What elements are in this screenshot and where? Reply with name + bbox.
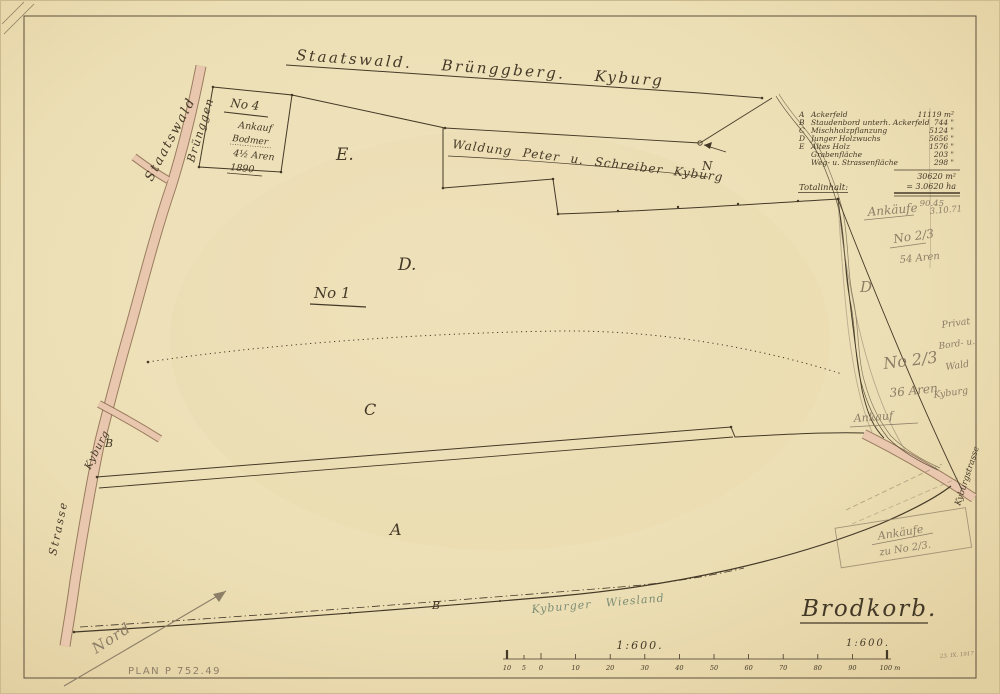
scale-label-0: 10 — [503, 664, 511, 672]
label-n-point: N — [701, 159, 713, 173]
plan-title-scale: 1:600. — [846, 638, 890, 649]
legend-total-label: Totalinhalt: — [799, 183, 848, 193]
parcel-label-c: C — [364, 400, 376, 419]
scale-label-3: 10 — [571, 664, 579, 672]
scale-label-12: 100 m — [880, 664, 901, 672]
plan-sheet: Staatswald. Brünggberg. Kyburg Waldung P… — [0, 0, 1000, 694]
parcel-label-b-left: B — [104, 437, 113, 450]
scale-label-9: 70 — [779, 664, 787, 672]
parcel-label-d: D. — [397, 255, 416, 275]
parcel-label-a: A — [388, 520, 402, 539]
scale-label-4: 20 — [605, 664, 614, 672]
scale-label-7: 50 — [710, 664, 718, 672]
legend-total-m2: 30620 m² — [917, 172, 956, 181]
parcel-label-no1: No 1 — [313, 284, 350, 302]
scale-label-11: 90 — [848, 664, 856, 672]
legend-key-4: E — [798, 142, 805, 151]
scale-label-8: 60 — [744, 664, 752, 672]
cadastral-map-svg: Staatswald. Brünggberg. Kyburg Waldung P… — [0, 0, 1000, 694]
scale-label-5: 30 — [641, 664, 649, 672]
plan-number: PLAN P 752.49 — [128, 666, 221, 677]
paper-stain — [170, 130, 830, 550]
plan-title: Brodkorb. — [801, 596, 937, 622]
scale-ratio: 1:600. — [616, 639, 663, 652]
parcel-label-d-right: D — [859, 278, 872, 296]
legend-label-6: Weg- u. Strassenfläche — [811, 158, 899, 167]
scale-label-2: 0 — [539, 664, 543, 672]
scale-label-1: 5 — [522, 664, 526, 672]
legend-value-6: 298 " — [933, 158, 954, 167]
parcel-label-b-bottom: B — [431, 599, 440, 612]
parcel-label-e: E. — [335, 145, 354, 165]
scale-label-10: 80 — [814, 664, 822, 672]
scale-label-6: 40 — [674, 664, 683, 672]
legend-total-ha: = 3.0620 ha — [906, 182, 956, 191]
